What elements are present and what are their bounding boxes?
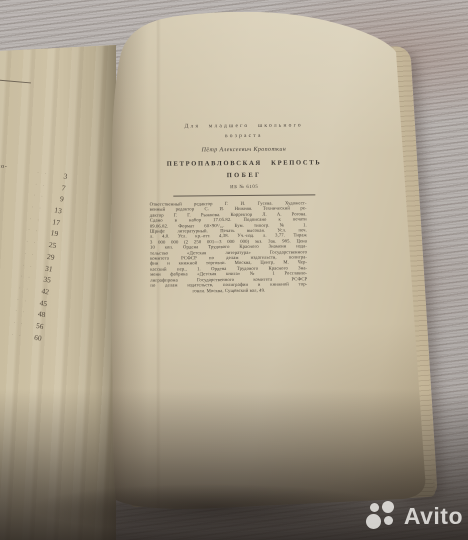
left-page-heading-rule [0,80,31,84]
toc-page-number: 9 [49,193,64,204]
imprint-block: Для младшего школьного возраста Пётр Але… [138,121,351,196]
toc-page-number: 29 [40,251,55,262]
imprint-rule [173,194,315,196]
book-title-line1: ПЕТРОПАВЛОВСКАЯ КРЕПОСТЬ [138,159,350,168]
colophon: Ответственный редактор Г. И. Гусева. Худ… [150,201,308,294]
toc-page-number: 45 [33,297,48,308]
toc-leader-dots: · · [25,239,37,247]
book-photo: но- · · 3 · · 7 · · 9 · · [0,0,468,540]
toc-leader-dots: · · [36,170,48,178]
toc-leader-dots: · · [16,297,28,305]
audience-line: возраста [138,131,350,142]
avito-wordmark: Avito [404,501,463,531]
right-page: Для младшего школьного возраста Пётр Але… [104,12,434,514]
toc-leader-dots: · · [18,286,30,294]
toc-page-number: 31 [38,262,53,273]
toc-page-number-list: · · 3 · · 7 · · 9 · · 13 [0,162,68,345]
toc-page-number: 25 [42,239,57,250]
avito-logo-icon [366,501,399,531]
toc-leader-dots: · · [29,216,41,224]
toc-leader-dots: · · [31,205,43,213]
toc-leader-dots: · · [22,263,34,271]
toc-page-number: 7 [51,181,66,192]
book-title-line2: ПОБЕГ [138,171,350,180]
toc-leader-dots: · · [27,228,39,236]
toc-page-number: 56 [29,320,44,331]
avito-watermark: Avito [366,499,463,533]
toc-page-number: 48 [31,308,46,319]
author-name: Пётр Алексеевич Кропоткин [138,146,350,154]
toc-page-number: 17 [45,216,60,227]
left-page: но- · · 3 · · 7 · · 9 · · [0,44,116,540]
toc-leader-dots: · · [20,274,32,282]
toc-leader-dots: · · [35,182,47,190]
toc-page-number: 3 [53,170,68,181]
toc-page-number: 35 [36,274,51,285]
toc-leader-dots: · · [11,332,23,340]
toc-leader-dots: · · [15,309,27,317]
edition-index: ИБ № 6105 [138,184,350,191]
toc-page-number: 60 [27,331,42,342]
toc-page-number: 13 [47,204,62,215]
toc-page-number: 19 [44,228,59,239]
toc-leader-dots: · · [33,193,45,201]
toc-leader-dots: · · [24,251,36,259]
toc-page-number: 42 [34,285,49,296]
toc-leader-dots: · · [13,320,25,328]
